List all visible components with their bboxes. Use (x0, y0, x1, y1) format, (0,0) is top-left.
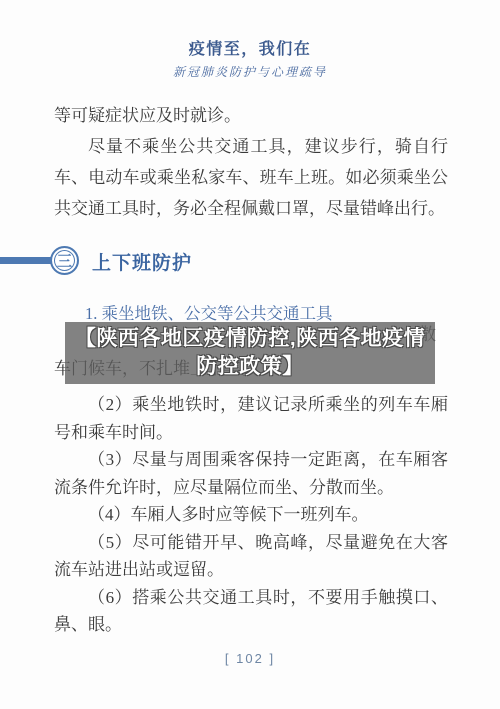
book-subtitle: 新冠肺炎防护与心理疏导 (0, 63, 500, 80)
body-text-top: 等可疑症状应及时就诊。 尽量不乘坐公共交通工具，建议步行，骑自行车、电动车或乘坐… (54, 100, 448, 224)
paragraph-commute-advice: 尽量不乘坐公共交通工具，建议步行，骑自行车、电动车或乘坐私家车、班车上班。如必须… (54, 131, 448, 224)
page-header: 疫情至，我们在 新冠肺炎防护与心理疏导 (0, 36, 500, 80)
section-number-icon: 三 (50, 246, 79, 275)
book-title: 疫情至，我们在 (0, 36, 500, 59)
list-item-5: （5）尽可能错开早、晚高峰，尽量避免在大客流车站进出站或逗留。 (54, 529, 448, 584)
page-number: [ 102 ] (225, 651, 275, 666)
numbered-list: （2）乘坐地铁时，建议记录所乘坐的列车车厢号和乘车时间。 （3）尽量与周围乘客保… (54, 391, 448, 639)
list-item-4: （4）车厢人多时应等候下一班列车。 (54, 501, 448, 529)
list-item-2: （2）乘坐地铁时，建议记录所乘坐的列车车厢号和乘车时间。 (54, 391, 448, 446)
section-title: 上下班防护 (92, 248, 192, 275)
section-icon-glyph: 三 (57, 250, 72, 271)
document-page: 疫情至，我们在 新冠肺炎防护与心理疏导 等可疑症状应及时就诊。 尽量不乘坐公共交… (0, 0, 500, 709)
overlay-caption-line-1: 【陕西各地区疫情防控,陕西各地疫情 (65, 325, 435, 353)
overlay-caption-line-2: 防控政策】 (65, 353, 435, 381)
list-item-3: （3）尽量与周围乘客保持一定距离，在车厢客流条件允许时，应尽量隔位而坐、分散而坐… (54, 446, 448, 501)
page-footer: [ 102 ] (0, 651, 500, 666)
watermark-caption-overlay: 【陕西各地区疫情防控,陕西各地疫情 防控政策】 (65, 322, 435, 384)
list-item-6: （6）搭乘公共交通工具时，不要用手触摸口、鼻、眼。 (54, 584, 448, 639)
section-accent-bar (0, 257, 54, 264)
paragraph-tail: 等可疑症状应及时就诊。 (54, 100, 448, 131)
